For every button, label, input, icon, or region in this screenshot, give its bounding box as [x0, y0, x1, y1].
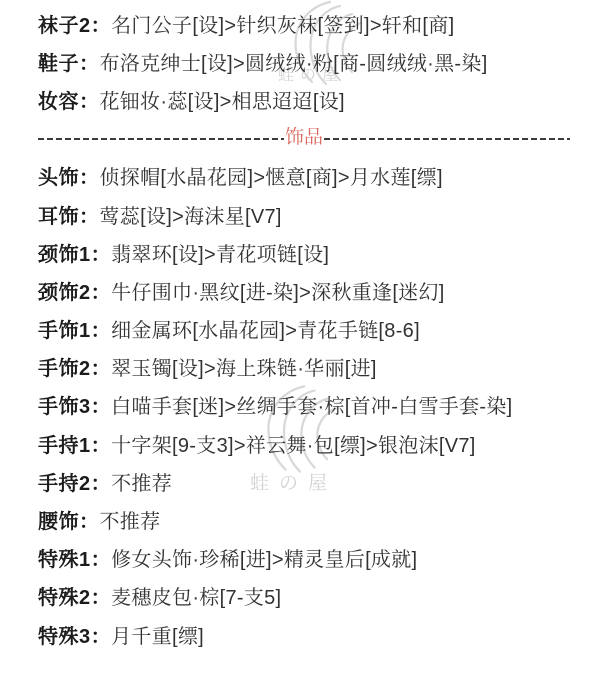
slot-recommendations: 侦探帽[水晶花园]>惬意[商]>月水莲[缥] — [100, 161, 443, 190]
list-item: 耳饰：莺蕊[设]>海沫星[V7] — [38, 195, 570, 233]
divider-dash-left — [38, 138, 284, 140]
list-item: 袜子2：名门公子[设]>针织灰袜[签到]>轩和[商] — [38, 4, 570, 42]
slot-label: 颈饰1： — [38, 238, 111, 267]
list-item: 手持2：不推荐 — [38, 462, 570, 500]
slot-label: 手饰1： — [38, 314, 111, 343]
recommendation-list: 袜子2：名门公子[设]>针织灰袜[签到]>轩和[商] 鞋子：布洛克绅士[设]>圆… — [0, 0, 600, 653]
slot-recommendations: 不推荐 — [100, 505, 161, 534]
list-item: 颈饰2：牛仔围巾·黑纹[进-染]>深秋重逢[迷幻] — [38, 271, 570, 309]
slot-recommendations: 细金属环[水晶花园]>青花手链[8-6] — [111, 314, 420, 343]
slot-recommendations: 布洛克绅士[设]>圆绒绒·粉[商-圆绒绒·黑-染] — [100, 47, 488, 76]
guide-page: 蛙の屋 蛙の屋 袜子2：名门公子[设]>针织灰袜[签到]>轩和[商] 鞋子：布洛… — [0, 0, 600, 699]
slot-recommendations: 麦穗皮包·棕[7-支5] — [111, 581, 281, 610]
list-item: 颈饰1：翡翠环[设]>青花项链[设] — [38, 233, 570, 271]
slot-recommendations: 花钿妆·蕊[设]>相思迢迢[设] — [100, 85, 345, 114]
slot-label: 特殊3： — [38, 620, 111, 649]
list-item: 妆容：花钿妆·蕊[设]>相思迢迢[设] — [38, 80, 570, 118]
slot-recommendations: 翡翠环[设]>青花项链[设] — [111, 238, 329, 267]
slot-label: 腰饰： — [38, 505, 100, 534]
slot-label: 头饰： — [38, 161, 100, 190]
slot-label: 手饰2： — [38, 352, 111, 381]
list-item: 特殊3：月千重[缥] — [38, 615, 570, 653]
slot-recommendations: 十字架[9-支3]>祥云舞·包[缥]>银泡沫[V7] — [111, 429, 476, 458]
slot-label: 袜子2： — [38, 9, 111, 38]
list-item: 特殊1：修女头饰·珍稀[进]>精灵皇后[成就] — [38, 539, 570, 577]
slot-label: 手持2： — [38, 467, 111, 496]
list-item: 手饰3：白喵手套[迷]>丝绸手套·棕[首冲-白雪手套-染] — [38, 386, 570, 424]
slot-recommendations: 翠玉镯[设]>海上珠链·华丽[进] — [111, 352, 377, 381]
slot-recommendations: 牛仔围巾·黑纹[进-染]>深秋重逢[迷幻] — [111, 276, 445, 305]
slot-label: 鞋子： — [38, 47, 100, 76]
slot-recommendations: 莺蕊[设]>海沫星[V7] — [100, 200, 282, 229]
slot-recommendations: 名门公子[设]>针织灰袜[签到]>轩和[商] — [111, 9, 454, 38]
slot-label: 妆容： — [38, 85, 100, 114]
section-divider: 饰品 — [38, 119, 570, 157]
list-item: 头饰：侦探帽[水晶花园]>惬意[商]>月水莲[缥] — [38, 157, 570, 195]
slot-label: 特殊1： — [38, 543, 111, 572]
slot-label: 颈饰2： — [38, 276, 111, 305]
slot-label: 手饰3： — [38, 390, 111, 419]
divider-dash-right — [324, 138, 570, 140]
section-title: 饰品 — [284, 128, 324, 147]
slot-recommendations: 修女头饰·珍稀[进]>精灵皇后[成就] — [111, 543, 417, 572]
slot-recommendations: 白喵手套[迷]>丝绸手套·棕[首冲-白雪手套-染] — [111, 390, 512, 419]
list-item: 特殊2：麦穗皮包·棕[7-支5] — [38, 577, 570, 615]
slot-recommendations: 月千重[缥] — [111, 620, 204, 649]
list-item: 手持1：十字架[9-支3]>祥云舞·包[缥]>银泡沫[V7] — [38, 424, 570, 462]
slot-label: 手持1： — [38, 429, 111, 458]
slot-label: 耳饰： — [38, 200, 100, 229]
list-item: 腰饰：不推荐 — [38, 500, 570, 538]
slot-label: 特殊2： — [38, 581, 111, 610]
list-item: 手饰2：翠玉镯[设]>海上珠链·华丽[进] — [38, 348, 570, 386]
list-item: 手饰1：细金属环[水晶花园]>青花手链[8-6] — [38, 310, 570, 348]
slot-recommendations: 不推荐 — [111, 467, 172, 496]
list-item: 鞋子：布洛克绅士[设]>圆绒绒·粉[商-圆绒绒·黑-染] — [38, 42, 570, 80]
